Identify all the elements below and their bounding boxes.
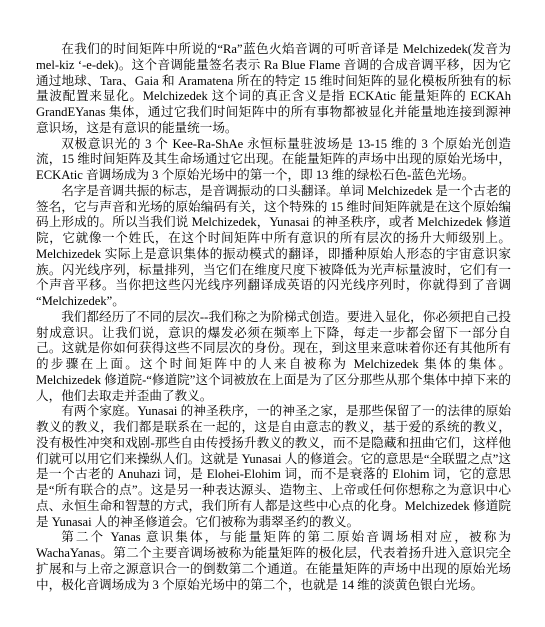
paragraph-5: 有两个家庭。Yunasai 的神圣秩序，一的神圣之家，是那些保留了一的法律的原始… bbox=[36, 404, 511, 530]
paragraph-2: 双极意识光的 3 个 Kee-Ra-ShAe 永恒标量驻波场是 13-15 维的… bbox=[36, 137, 511, 184]
document-page: 在我们的时间矩阵中所说的“Ra”蓝色火焰音调的可听音译是 Melchizedek… bbox=[0, 0, 545, 627]
paragraph-3: 名字是音调共振的标志，是音调振动的口头翻译。单词 Melchizedek 是一个… bbox=[36, 184, 511, 310]
paragraph-1: 在我们的时间矩阵中所说的“Ra”蓝色火焰音调的可听音译是 Melchizedek… bbox=[36, 42, 511, 137]
paragraph-4: 我们都经历了不同的层次--我们称之为阶梯式创造。要进入显化，你必须把自己投射成意… bbox=[36, 310, 511, 405]
text-block: 在我们的时间矩阵中所说的“Ra”蓝色火焰音调的可听音译是 Melchizedek… bbox=[36, 42, 511, 593]
paragraph-6: 第二个 Yanas 意识集体，与能量矩阵的第二原始音调场相对应，被称为 Wach… bbox=[36, 530, 511, 593]
